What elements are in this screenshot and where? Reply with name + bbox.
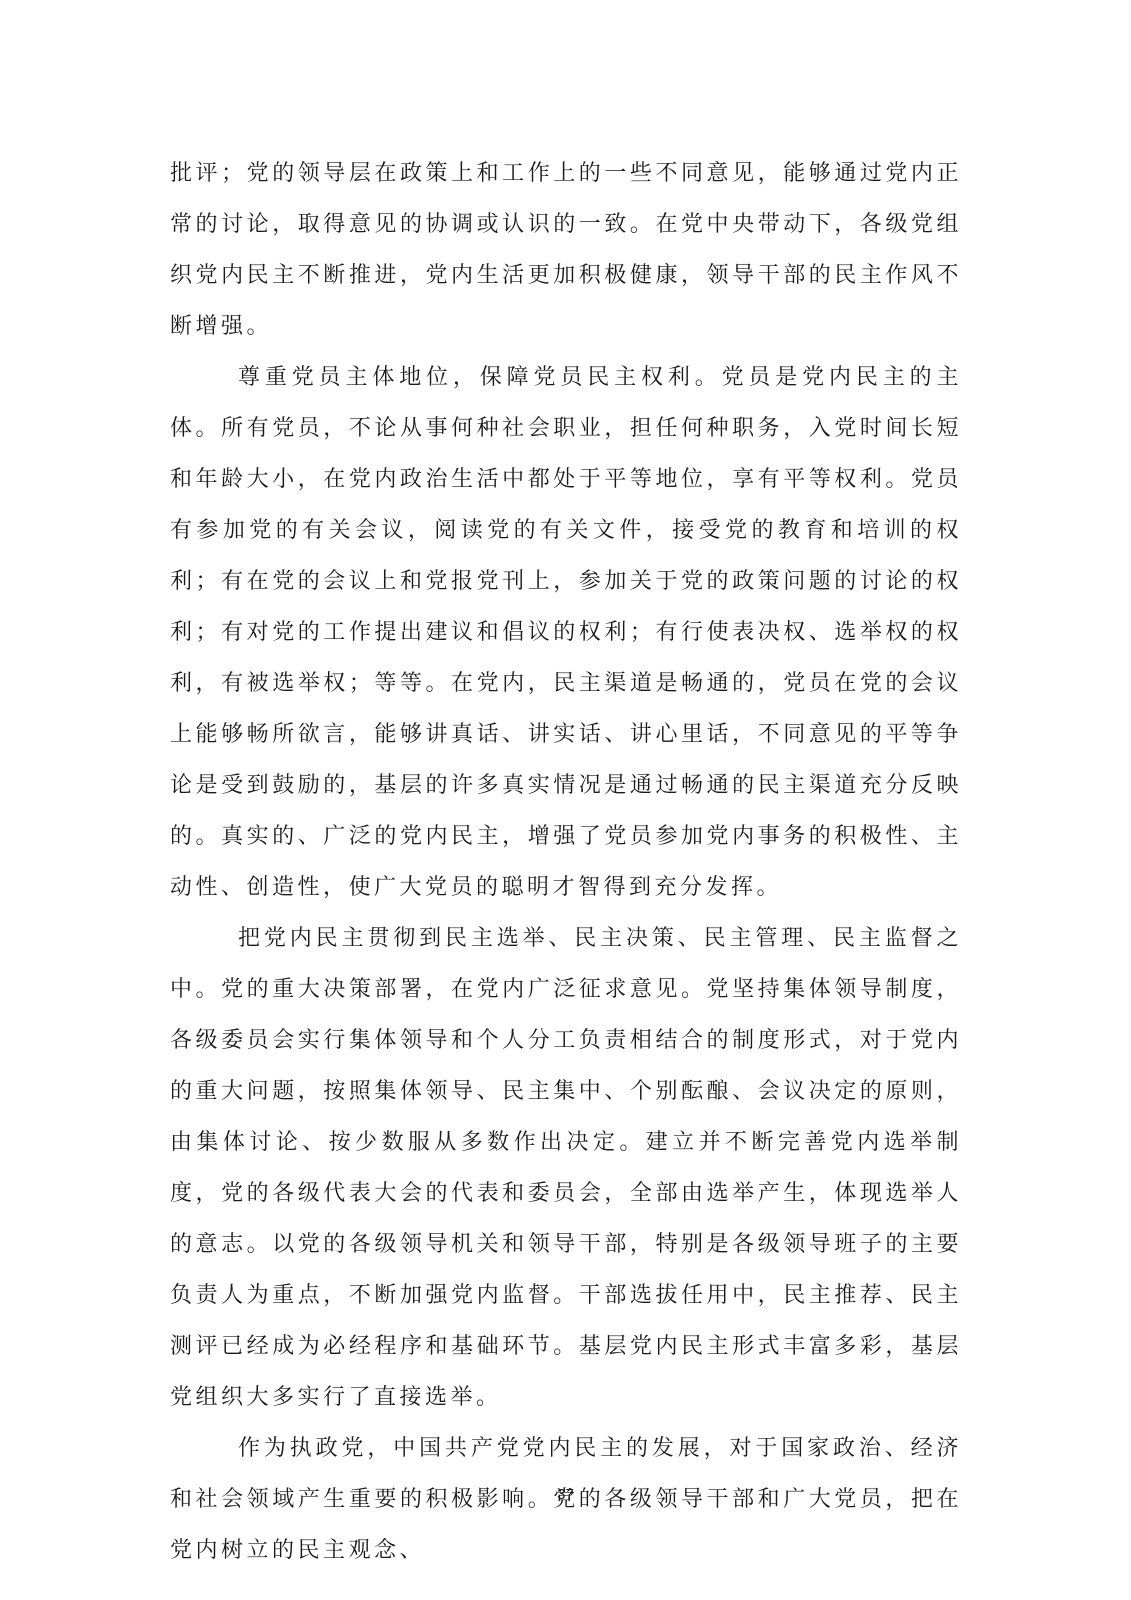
paragraph-2: 尊重党员主体地位，保障党员民主权利。党员是党内民主的主体。所有党员，不论从事何种… [170, 352, 962, 913]
paragraph-1: 批评；党的领导层在政策上和工作上的一些不同意见，能够通过党内正常的讨论，取得意见… [170, 148, 962, 352]
paragraph-3: 把党内民主贯彻到民主选举、民主决策、民主管理、民主监督之中。党的重大决策部署，在… [170, 913, 962, 1423]
document-page: 批评；党的领导层在政策上和工作上的一些不同意见，能够通过党内正常的讨论，取得意见… [0, 0, 1131, 1600]
page-number: 37 [0, 1486, 1131, 1503]
body-text: 批评；党的领导层在政策上和工作上的一些不同意见，能够通过党内正常的讨论，取得意见… [170, 148, 962, 1576]
